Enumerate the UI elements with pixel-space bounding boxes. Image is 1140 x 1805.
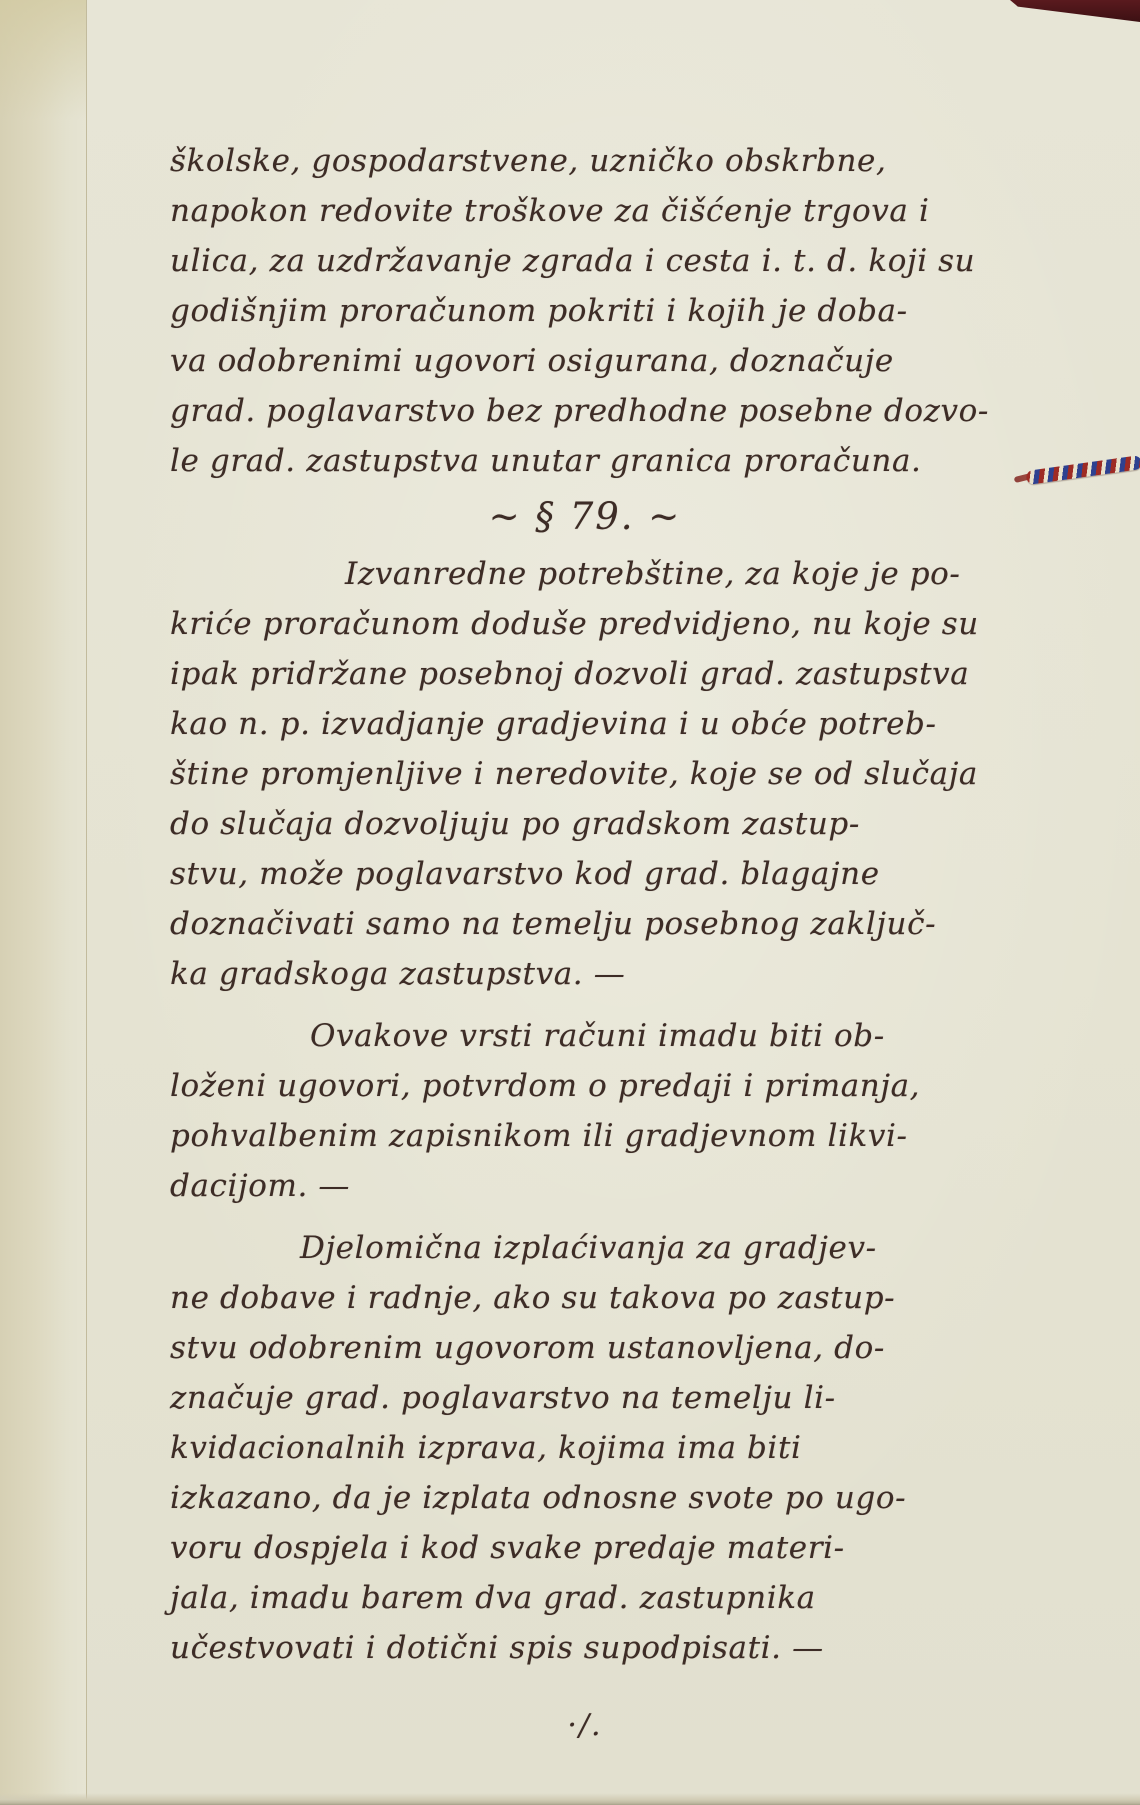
text-line: voru dospjela i kod svake predaje materi… (170, 1523, 1000, 1573)
text-line: le grad. zastupstva unutar granica prora… (170, 436, 1000, 486)
text-line: loženi ugovori, potvrdom o predaji i pri… (170, 1061, 1000, 1111)
text-line: jala, imadu barem dva grad. zastupnika (170, 1573, 1000, 1623)
text-line: školske, gospodarstvene, uzničko obskrbn… (170, 136, 1000, 186)
text-line: učestvovati i dotični spis supodpisati. … (170, 1623, 1000, 1673)
text-line: godišnjim proračunom pokriti i kojih je … (170, 286, 1000, 336)
text-line: izkazano, da je izplata odnosne svote po… (170, 1473, 1000, 1523)
page-bottom-edge (0, 1793, 1140, 1805)
text-line: kriće proračunom doduše predvidjeno, nu … (170, 599, 1000, 649)
bookmark-cord (1026, 455, 1140, 485)
text-line: do slučaja dozvoljuju po gradskom zastup… (170, 799, 1000, 849)
manuscript-page: školske, gospodarstvene, uzničko obskrbn… (0, 0, 1140, 1805)
page-fold-edge (0, 0, 87, 1805)
paragraph-4: Djelomična izplaćivanja za gradjev- ne d… (170, 1223, 1000, 1673)
text-line: ulica, za uzdržavanje zgrada i cesta i. … (170, 236, 1000, 286)
manuscript-text: školske, gospodarstvene, uzničko obskrbn… (170, 136, 1000, 1751)
text-line: Ovakove vrsti računi imadu biti ob- (170, 1011, 1000, 1061)
text-line: doznačivati samo na temelju posebnog zak… (170, 899, 1000, 949)
text-line: kao n. p. izvadjanje gradjevina i u obće… (170, 699, 1000, 749)
text-line: Izvanredne potrebštine, za koje je po- (170, 549, 1000, 599)
text-line: ne dobave i radnje, ako su takova po zas… (170, 1273, 1000, 1323)
text-line: kvidacionalnih izprava, kojima ima biti (170, 1423, 1000, 1473)
text-line: stvu, može poglavarstvo kod grad. blagaj… (170, 849, 1000, 899)
text-line: dacijom. — (170, 1161, 1000, 1211)
paragraph-1: školske, gospodarstvene, uzničko obskrbn… (170, 136, 1000, 486)
text-line: ka gradskoga zastupstva. — (170, 949, 1000, 999)
text-line: napokon redovite troškove za čišćenje tr… (170, 186, 1000, 236)
paragraph-2: Izvanredne potrebštine, za koje je po- k… (170, 549, 1000, 999)
text-line: Djelomična izplaćivanja za gradjev- (170, 1223, 1000, 1273)
text-line: grad. poglavarstvo bez predhodne posebne… (170, 386, 1000, 436)
footer-catchword-mark: ·/. (170, 1701, 1000, 1751)
text-line: stvu odobrenim ugovorom ustanovljena, do… (170, 1323, 1000, 1373)
text-line: ipak pridržane posebnoj dozvoli grad. za… (170, 649, 1000, 699)
text-line: pohvalbenim zapisnikom ili gradjevnom li… (170, 1111, 1000, 1161)
text-line: va odobrenimi ugovori osigurana, doznaču… (170, 336, 1000, 386)
book-cover-corner (1010, 0, 1140, 22)
text-line: štine promjenljive i neredovite, koje se… (170, 749, 1000, 799)
paragraph-3: Ovakove vrsti računi imadu biti ob- lože… (170, 1011, 1000, 1211)
page-fold-edge-top (0, 0, 86, 120)
text-line: značuje grad. poglavarstvo na temelju li… (170, 1373, 1000, 1423)
section-heading: ~ § 79. ~ (170, 488, 1000, 546)
